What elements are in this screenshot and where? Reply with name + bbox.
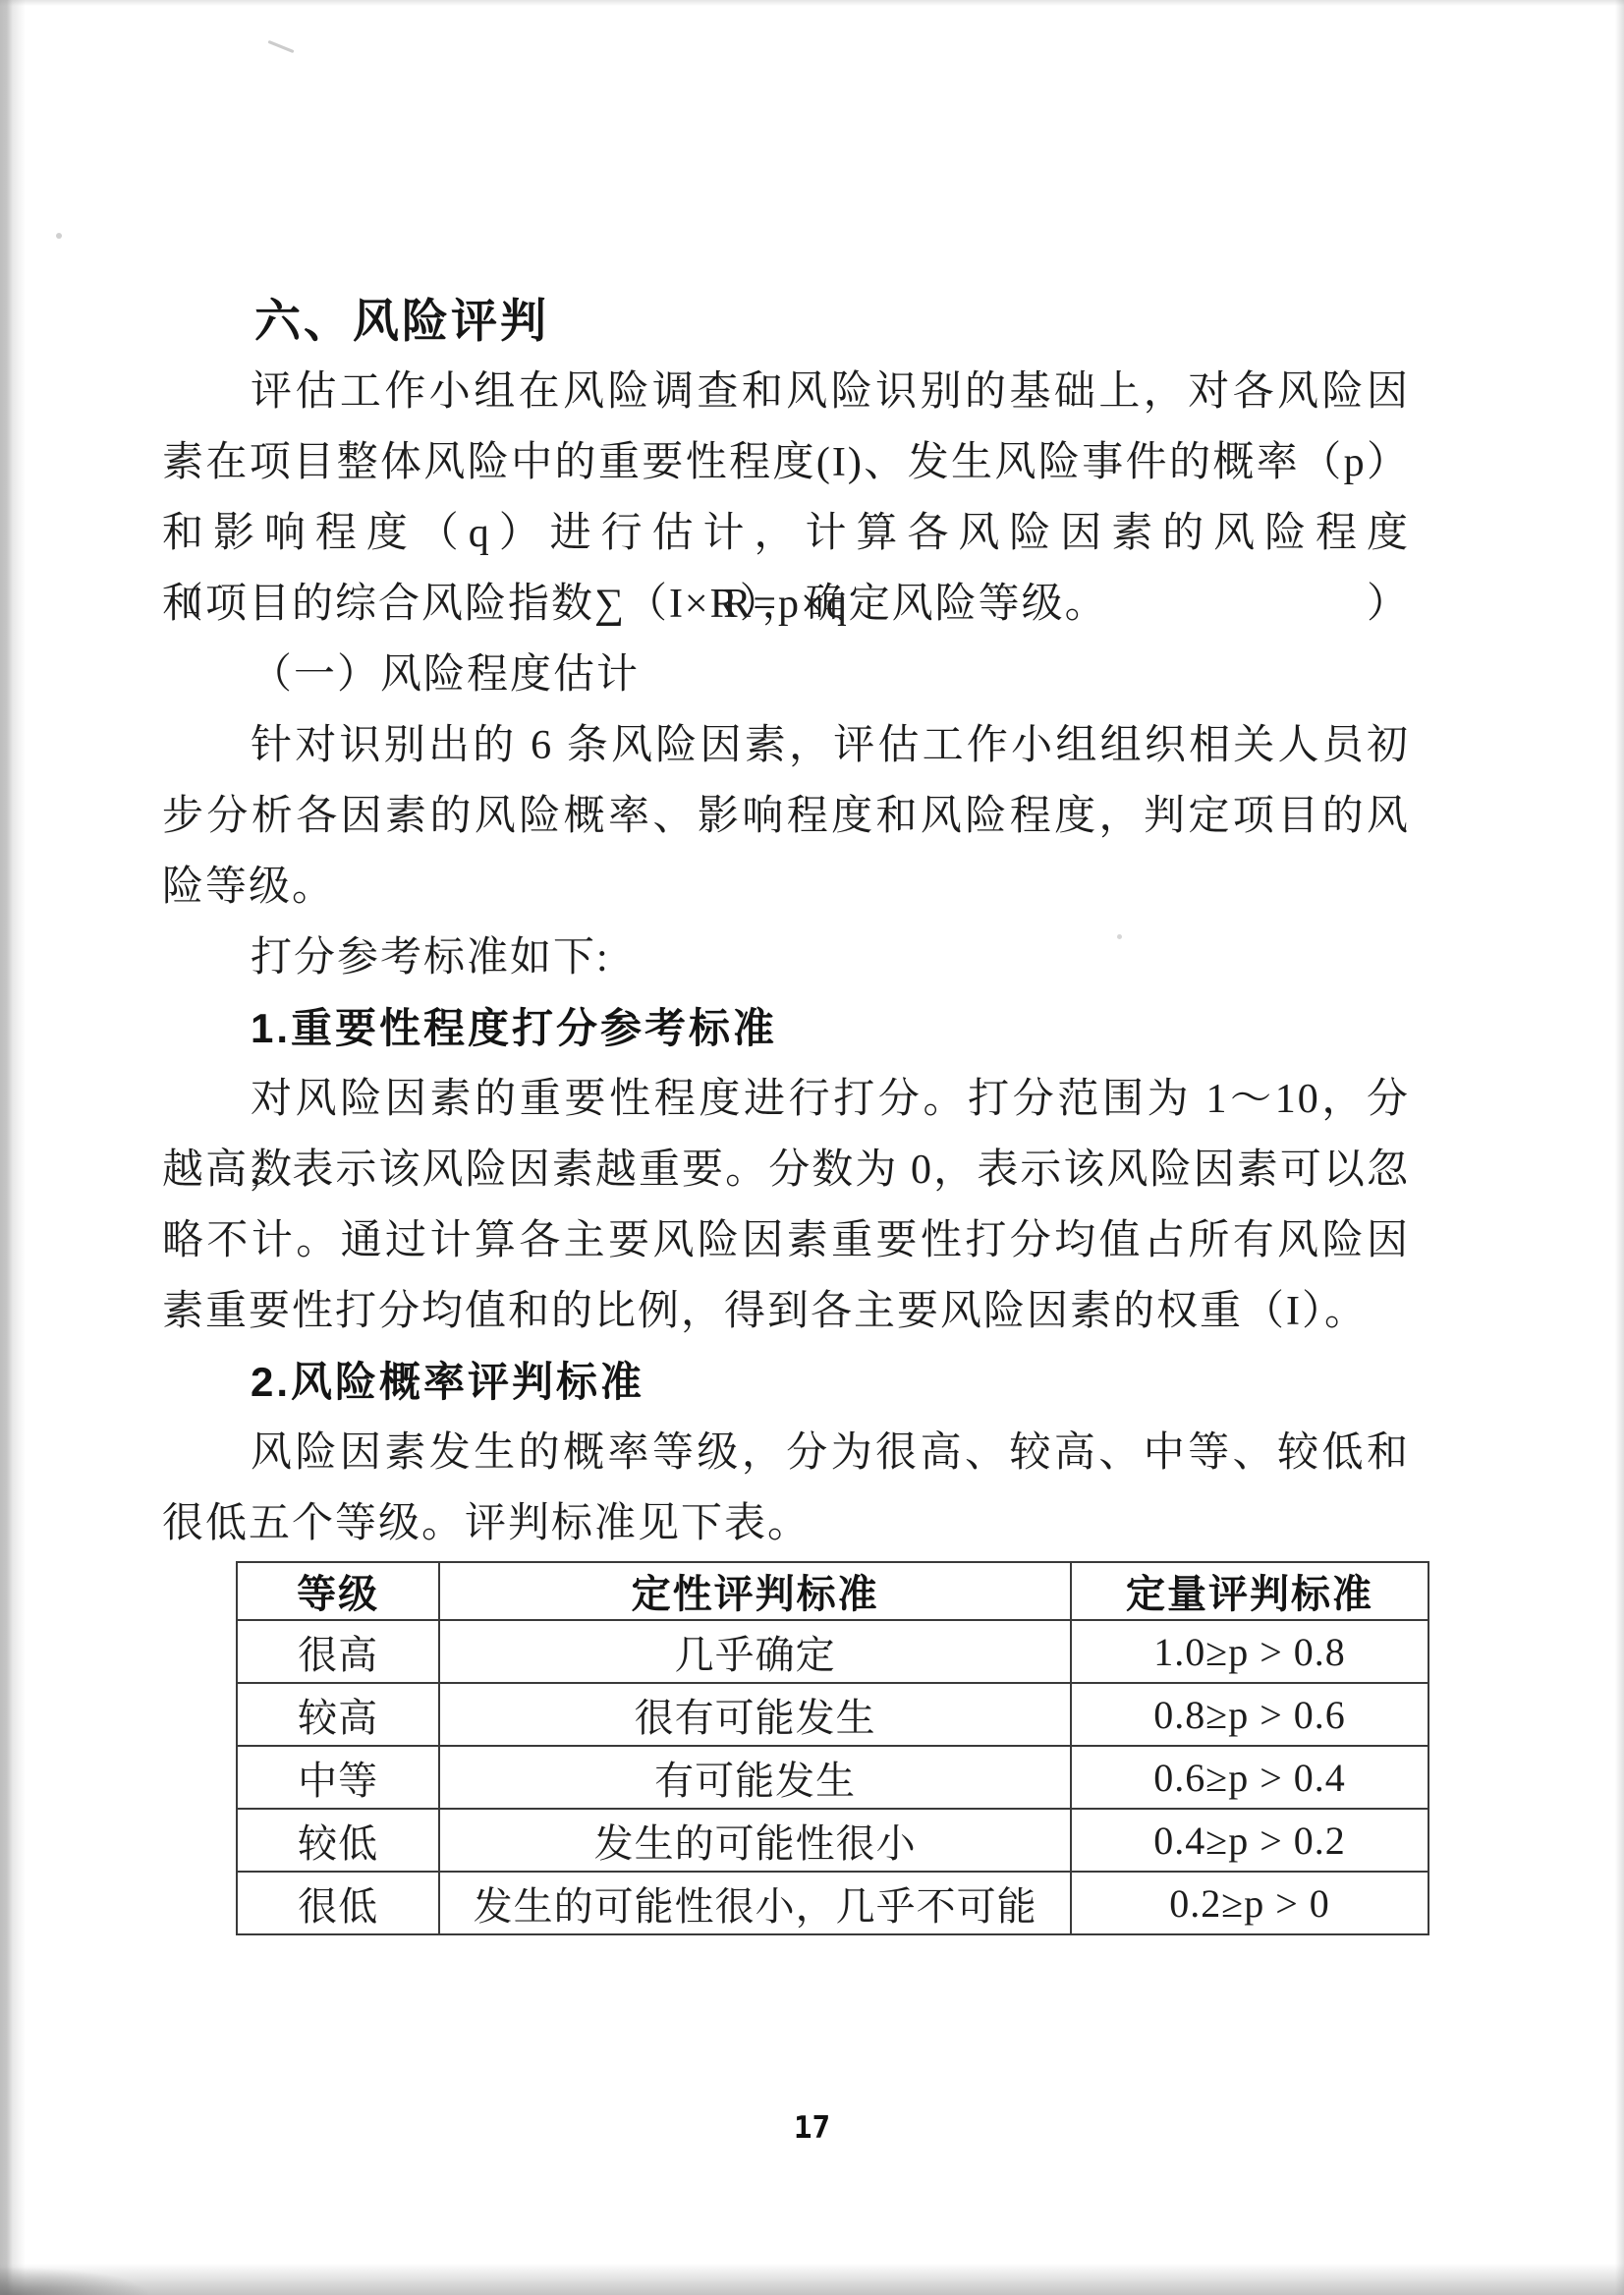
scan-edge-right xyxy=(1615,0,1624,2295)
page-number: 17 xyxy=(0,2110,1624,2146)
scan-edge-top xyxy=(0,0,1624,6)
text-line: 越高，表示该风险因素越重要。分数为 0，表示该风险因素可以忽 xyxy=(162,1135,1410,1205)
text-line: 素重要性打分均值和的比例，得到各主要风险因素的权重（I）。 xyxy=(162,1276,1410,1347)
text-line: 步分析各因素的风险概率、影响程度和风险程度，判定项目的风 xyxy=(162,781,1410,852)
table-cell: 较低 xyxy=(237,1809,439,1872)
scanned-page: { "page": { "number": "17" }, "document"… xyxy=(0,0,1624,2295)
criteria-table: 等级 定性评判标准 定量评判标准 很高几乎确定1.0≥p > 0.8较高很有可能… xyxy=(236,1561,1429,1935)
text-line: 1.重要性程度打分参考标准 xyxy=(162,993,1410,1064)
criteria-table-body: 很高几乎确定1.0≥p > 0.8较高很有可能发生0.8≥p > 0.6中等有可… xyxy=(237,1620,1428,1934)
table-cell: 较高 xyxy=(237,1683,439,1746)
table-cell: 0.6≥p > 0.4 xyxy=(1071,1746,1428,1809)
table-cell: 中等 xyxy=(237,1746,439,1809)
table-row: 很低发生的可能性很小，几乎不可能0.2≥p > 0 xyxy=(237,1872,1428,1934)
text-line: 略不计。通过计算各主要风险因素重要性打分均值占所有风险因 xyxy=(162,1205,1410,1276)
table-header-cell-quantitative: 定量评判标准 xyxy=(1071,1562,1428,1620)
table-header-cell-qualitative: 定性评判标准 xyxy=(439,1562,1071,1620)
text-line: 很低五个等级。评判标准见下表。 xyxy=(162,1488,1410,1559)
scan-edge-bottom xyxy=(0,2264,1624,2295)
text-line: 针对识别出的 6 条风险因素，评估工作小组组织相关人员初 xyxy=(162,710,1410,781)
table-row: 较低发生的可能性很小0.4≥p > 0.2 xyxy=(237,1809,1428,1872)
scan-tick-mark xyxy=(267,40,294,53)
table-cell: 发生的可能性很小 xyxy=(439,1809,1071,1872)
text-line: 和影响程度（q）进行估计，计算各风险因素的风险程度（R=p×q） xyxy=(162,498,1410,569)
scan-edge-left xyxy=(0,0,26,2295)
table-cell: 很高 xyxy=(237,1620,439,1683)
table-row: 中等有可能发生0.6≥p > 0.4 xyxy=(237,1746,1428,1809)
table-cell: 几乎确定 xyxy=(439,1620,1071,1683)
table-cell: 很有可能发生 xyxy=(439,1683,1071,1746)
text-lines: 评估工作小组在风险调查和风险识别的基础上，对各风险因素在项目整体风险中的重要性程… xyxy=(162,357,1410,1559)
text-line: 2.风险概率评判标准 xyxy=(162,1347,1410,1418)
table-header-cell-grade: 等级 xyxy=(237,1562,439,1620)
scan-corner-smudge xyxy=(0,2267,147,2295)
table-cell: 1.0≥p > 0.8 xyxy=(1071,1620,1428,1683)
text-line: 评估工作小组在风险调查和风险识别的基础上，对各风险因 xyxy=(162,357,1410,427)
table-row: 较高很有可能发生0.8≥p > 0.6 xyxy=(237,1683,1428,1746)
table-cell: 发生的可能性很小，几乎不可能 xyxy=(439,1872,1071,1934)
text-line: 对风险因素的重要性程度进行打分。打分范围为 1～10，分数 xyxy=(162,1064,1410,1135)
text-line: 打分参考标准如下: xyxy=(162,923,1410,993)
section-heading: 六、风险评判 xyxy=(162,286,1410,357)
table-cell: 0.8≥p > 0.6 xyxy=(1071,1683,1428,1746)
text-line: 素在项目整体风险中的重要性程度(I)、发生风险事件的概率（p） xyxy=(162,427,1410,498)
scan-speck xyxy=(56,233,62,239)
text-line: 险等级。 xyxy=(162,852,1410,923)
document-body: 六、风险评判 评估工作小组在风险调查和风险识别的基础上，对各风险因素在项目整体风… xyxy=(162,286,1410,1559)
table-cell: 0.4≥p > 0.2 xyxy=(1071,1809,1428,1872)
text-line: 风险因素发生的概率等级，分为很高、较高、中等、较低和 xyxy=(162,1418,1410,1488)
table-cell: 很低 xyxy=(237,1872,439,1934)
table-cell: 0.2≥p > 0 xyxy=(1071,1872,1428,1934)
table-header-row: 等级 定性评判标准 定量评判标准 xyxy=(237,1562,1428,1620)
table-cell: 有可能发生 xyxy=(439,1746,1071,1809)
table-row: 很高几乎确定1.0≥p > 0.8 xyxy=(237,1620,1428,1683)
text-line: （一）风险程度估计 xyxy=(162,640,1410,710)
